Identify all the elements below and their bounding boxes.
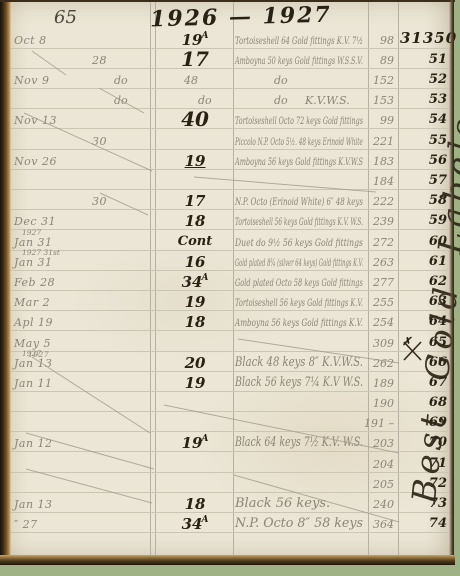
quantity-cell: 17: [158, 51, 232, 67]
serial-number-cell: 53: [400, 92, 447, 107]
description-cell: Black 64 keys 7½ K.V. W.S.: [235, 435, 365, 450]
quantity-superscript: A: [201, 434, 208, 444]
stock-number-cell: 272: [360, 236, 394, 249]
serial-number-cell: 31350: [400, 29, 447, 47]
ledger-row: Apl 1918Amboyna 56 keys Gold fittings K.…: [2, 311, 453, 331]
ledger-row: 2817Amboyna 50 keys Gold fittings W.S.S.…: [2, 49, 453, 69]
ledger-row: Nov 2619Amboyna 56 keys Gold fittings K.…: [2, 150, 453, 170]
quantity-cell: 34A: [158, 271, 232, 289]
book-right-edge: [449, 0, 454, 560]
stock-number-cell: 222: [360, 195, 394, 208]
date-cell: Jan 131927: [14, 357, 150, 370]
stock-number-cell: 255: [360, 296, 394, 309]
date-cell: Feb 28: [14, 276, 150, 289]
date-cell: ″ 27: [14, 518, 150, 531]
description-cell: Tortoiseshell 56 keys Gold fittings K.V.: [235, 297, 365, 309]
ditto-mark: K.V.W.S.: [305, 94, 350, 107]
ledger-row: 20572: [2, 473, 453, 493]
quantity-cell: 18: [158, 497, 232, 511]
stock-number-cell: 205: [360, 478, 394, 491]
date-cell: Mar 2: [14, 296, 150, 309]
description-text: Tortoiseshell 56 keys Gold fittings K.V.: [235, 297, 363, 309]
date-cell: Jan 311927: [14, 236, 150, 249]
ledger-row: Jan 311927 31st16Gold plated 8¾ (silver …: [2, 251, 453, 271]
stock-number-cell: 98: [360, 34, 394, 47]
serial-number-cell: 52: [400, 72, 447, 87]
description-text: Gold plated Octo 58 keys Gold fittings: [235, 277, 363, 289]
stock-number-cell: 204: [360, 458, 394, 471]
ledger-row: Feb 2834AGold plated Octo 58 keys Gold f…: [2, 271, 453, 291]
description-text: Tortoiseshell 64 Gold fittings K.V. 7½: [235, 35, 363, 47]
quantity-cell: 16: [158, 255, 232, 269]
book-top-edge: [0, 0, 455, 2]
description-text: Tortoiseshell Octo 72 keys Gold fittings: [235, 115, 363, 127]
stock-number-cell: 203: [360, 437, 394, 450]
date-year-note: 1927: [22, 228, 41, 237]
date-year-note: 1927 31st: [22, 248, 60, 257]
description-cell: N.P. Octo 8″ 58 keys: [235, 516, 365, 531]
ledger-page: 65 1926 — 1927 Oct 819ATortoiseshell 64 …: [2, 1, 453, 557]
stock-number-cell: 221: [360, 135, 394, 148]
stock-number-cell: 277: [360, 276, 394, 289]
description-cell: Amboyna 50 keys Gold fittings W.S.S.V.: [235, 55, 365, 67]
scanned-ledger-photo: { "page": { "number": "65", "title": "19…: [0, 0, 460, 576]
description-text: Gold plated 8¾ (silver 64 keys) Gold fit…: [235, 257, 363, 269]
date-cell: Jan 311927 31st: [14, 256, 150, 269]
ledger-row: 20471: [2, 452, 453, 472]
quantity-cell: 18: [158, 315, 232, 329]
ledger-row: Jan 1119Black 56 keys 7¼ K.V W.S.18967: [2, 372, 453, 392]
description-cell: Tortoiseshell 56 keys Gold fittings K.V.…: [235, 216, 365, 228]
ledger-row: Jan 1318Black 56 keys.24073: [2, 493, 453, 513]
ledger-row: 3017N.P. Octo (Erinoid White) 6″ 48 keys…: [2, 190, 453, 210]
description-cell: Amboyna 56 keys Gold fittings K.V.W.S: [235, 156, 365, 168]
description-text: Amboyna 56 keys Gold fittings K.V.W.S: [235, 156, 363, 168]
quantity-cell: 19: [158, 154, 232, 168]
book-left-edge: [0, 0, 11, 560]
date-cell: 30: [14, 195, 150, 208]
ledger-row: Jan 1219ABlack 64 keys 7½ K.V. W.S.20370: [2, 432, 453, 452]
ledger-row: dododoK.V.W.S.15353: [2, 89, 453, 109]
stock-number-cell: 153: [360, 94, 394, 107]
stock-number-cell: 263: [360, 256, 394, 269]
serial-number-cell: 74: [400, 516, 447, 531]
stock-number-cell: 190: [360, 397, 394, 410]
ledger-row: Mar 219Tortoiseshell 56 keys Gold fittin…: [2, 291, 453, 311]
quantity-cell: 18: [158, 214, 232, 228]
quantity-superscript: A: [201, 273, 208, 283]
page-number: 65: [54, 7, 77, 28]
stock-number-cell: 152: [360, 74, 394, 87]
stock-number-cell: 309: [360, 337, 394, 350]
date-year-note: 1927: [22, 349, 41, 358]
date-cell: Nov 9: [14, 74, 150, 87]
serial-number-cell: 54: [400, 112, 447, 127]
quantity-cell: 19: [158, 376, 232, 390]
date-cell: Jan 13: [14, 498, 150, 511]
description-text: Black 56 keys 7¼ K.V W.S.: [235, 375, 363, 390]
description-cell: Black 48 keys 8″ K.V.W.S.: [235, 355, 365, 370]
ledger-row: Jan 311927ContDuet do 9½ 56 keys Gold fi…: [2, 230, 453, 250]
ditto-mark: do: [114, 94, 128, 107]
ledger-row: 30Piccolo N.P. Octo 5½. 48 keys Erinoid …: [2, 129, 453, 149]
date-cell: Nov 26: [14, 155, 150, 168]
description-cell: Tortoiseshell 64 Gold fittings K.V. 7½: [235, 35, 365, 47]
ledger-row: 18457: [2, 170, 453, 190]
stock-number-cell: 239: [360, 215, 394, 228]
description-cell: Tortoiseshell Octo 72 keys Gold fittings: [235, 115, 365, 127]
quantity-cell: 40: [158, 111, 232, 127]
ledger-title: 1926 — 1927: [150, 2, 332, 33]
quantity-cell: 17: [158, 194, 232, 208]
stock-number-cell: 191 –: [360, 417, 394, 430]
quantity-cell: 19: [158, 295, 232, 309]
stock-number-cell: 364: [360, 518, 394, 531]
date-cell: Jan 12: [14, 437, 150, 450]
quantity-cell: 19A: [158, 432, 232, 450]
description-cell: Black 56 keys.: [235, 496, 365, 511]
stock-number-cell: 262: [360, 357, 394, 370]
ledger-rows: Oct 819ATortoiseshell 64 Gold fittings K…: [2, 29, 453, 534]
description-cell: Piccolo N.P. Octo 5½. 48 keys Erinoid Wh…: [235, 136, 365, 148]
description-cell: Gold plated Octo 58 keys Gold fittings: [235, 277, 365, 289]
description-text: N.P. Octo (Erinoid White) 6″ 48 keys: [235, 196, 363, 208]
description-text: Black 48 keys 8″ K.V.W.S.: [235, 355, 363, 370]
ledger-row: Oct 819ATortoiseshell 64 Gold fittings K…: [2, 29, 453, 49]
date-cell: 28: [14, 54, 150, 67]
ledger-row: 19068: [2, 392, 453, 412]
description-text: Duet do 9½ 56 keys Gold fittings: [235, 237, 363, 249]
stock-number-cell: 189: [360, 377, 394, 390]
check-x-mark: ✗: [402, 335, 411, 348]
description-cell: Black 56 keys 7¼ K.V W.S.: [235, 375, 365, 390]
quantity-superscript: A: [201, 515, 208, 525]
quantity-cell: Cont: [158, 235, 232, 249]
date-cell: Dec 31: [14, 215, 150, 228]
stock-number-cell: 184: [360, 175, 394, 188]
serial-number-cell: 51: [400, 52, 447, 67]
date-cell: Nov 13: [14, 114, 150, 127]
ledger-row: ″ 2734AN.P. Octo 8″ 58 keys36474: [2, 513, 453, 533]
date-cell: 30: [14, 135, 150, 148]
ditto-mark: do: [114, 74, 128, 87]
quantity-cell: 20: [158, 356, 232, 370]
description-text: N.P. Octo 8″ 58 keys: [235, 516, 363, 531]
description-text: Black 64 keys 7½ K.V. W.S.: [235, 435, 363, 450]
ledger-row: 191 –69: [2, 412, 453, 432]
quantity-cell: 34A: [158, 513, 232, 531]
date-cell: May 51927: [14, 337, 150, 350]
ledger-row: Nov 1340Tortoiseshell Octo 72 keys Gold …: [2, 109, 453, 129]
ledger-row: May 5192730965✗: [2, 331, 453, 351]
ledger-row: Jan 13192720Black 48 keys 8″ K.V.W.S.262…: [2, 352, 453, 372]
ledger-row: Nov 9do48do15252: [2, 69, 453, 89]
ditto-mark: 48: [184, 74, 198, 87]
stock-number-cell: 183: [360, 155, 394, 168]
description-text: Tortoiseshell 56 keys Gold fittings K.V.…: [235, 216, 363, 228]
stock-number-cell: 99: [360, 114, 394, 127]
quantity-superscript: A: [201, 31, 208, 41]
ditto-mark: do: [198, 94, 212, 107]
description-cell: Amboyna 56 keys Gold fittings K.V.: [235, 317, 365, 329]
date-cell: Jan 11: [14, 377, 150, 390]
description-text: Amboyna 50 keys Gold fittings W.S.S.V.: [235, 55, 363, 67]
description-text: Piccolo N.P. Octo 5½. 48 keys Erinoid Wh…: [235, 136, 363, 148]
description-cell: Gold plated 8¾ (silver 64 keys) Gold fit…: [235, 257, 365, 269]
stock-number-cell: 254: [360, 316, 394, 329]
ledger-row: Dec 3118Tortoiseshell 56 keys Gold fitti…: [2, 210, 453, 230]
serial-number-cell: 55: [400, 133, 447, 148]
ditto-mark: do: [274, 74, 288, 87]
description-text: Black 56 keys.: [235, 496, 330, 511]
description-cell: Duet do 9½ 56 keys Gold fittings: [235, 237, 365, 249]
description-cell: N.P. Octo (Erinoid White) 6″ 48 keys: [235, 196, 365, 208]
book-bottom-edge: [0, 555, 455, 565]
description-text: Amboyna 56 keys Gold fittings K.V.: [235, 317, 363, 329]
date-cell: Oct 8: [14, 34, 150, 47]
stock-number-cell: 240: [360, 498, 394, 511]
stock-number-cell: 89: [360, 54, 394, 67]
date-cell: Apl 19: [14, 316, 150, 329]
ditto-mark: do: [274, 94, 288, 107]
